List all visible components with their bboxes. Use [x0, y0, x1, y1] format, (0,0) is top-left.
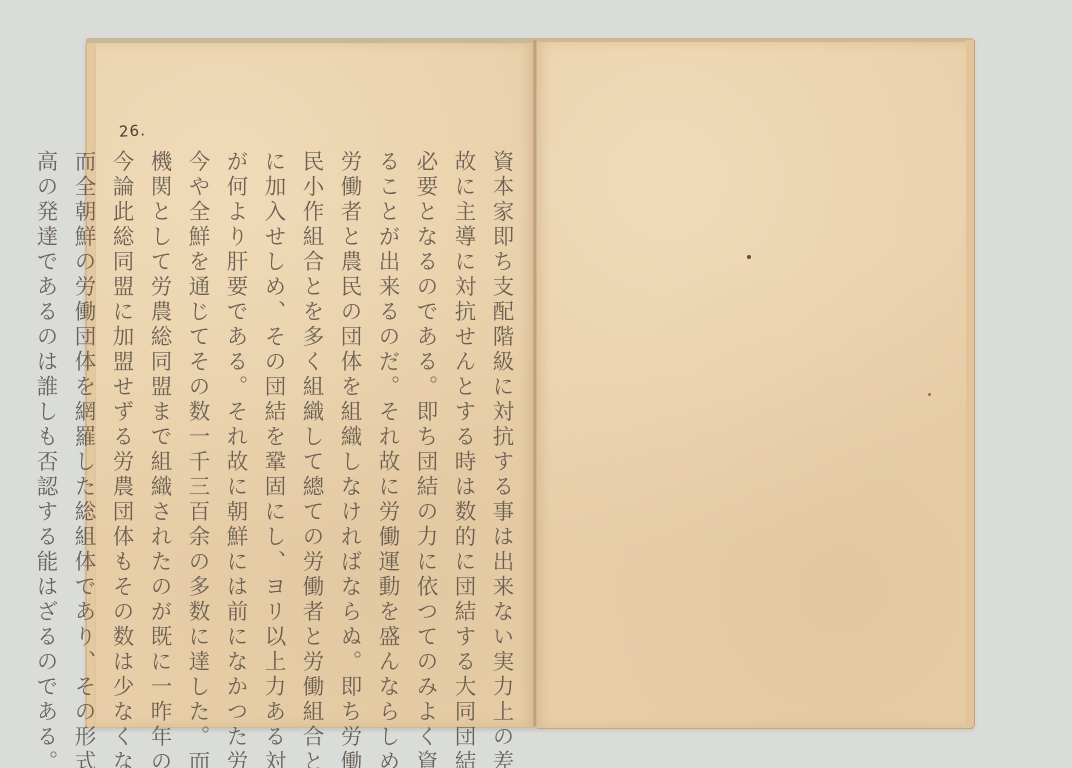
- text-column: 今や全鮮を通じてその数一千三百余の多数に達した。而してその組織会: [178, 150, 216, 690]
- manuscript-text: 資本家即ち支配階級に対抗する事は出来ない実力上の差異ある 故に主導に対抗せんとす…: [108, 150, 520, 690]
- text-column: 民小作組合とを多く組織して總ての労働者と労働組合と農民組合: [292, 150, 330, 690]
- right-page-edge: [966, 40, 975, 726]
- text-column: ることが出来るのだ。それ故に労働運動を盛んならしめんとすれば先づ: [368, 150, 406, 690]
- text-column: 機関として労農総同盟まで組織されたのが既に一昨年のことである。: [140, 150, 178, 690]
- text-column: に加入せしめ、その団結を鞏固にし、ヨリ以上力ある対抗力を養ふの: [254, 150, 292, 690]
- book-gutter: [533, 40, 537, 726]
- text-column: 故に主導に対抗せんとする時は数的に団結する大同団結が何よりも: [444, 150, 482, 690]
- text-column: が何より肝要である。それ故に朝鮮には前になかつた労農団体が出現し: [216, 150, 254, 690]
- text-column: 而全朝鮮の労働団体を網羅した総組体であり、その形式に於ける最: [64, 150, 102, 690]
- page-number: 26.: [119, 121, 147, 140]
- show-through-text: [640, 170, 890, 490]
- text-column: 資本家即ち支配階級に対抗する事は出来ない実力上の差異ある: [482, 150, 520, 690]
- paper-spot: [747, 255, 751, 259]
- text-column: 必要となるのである。即ち団結の力に依つてのみよく資本家と対抗す: [406, 150, 444, 690]
- text-column: 今論此総同盟に加盟せずる労農団体もその数は少なくなかつた。然: [102, 150, 140, 690]
- text-column: 高の発達であるのは誰しも否認する能はざるのである。而してその組織: [26, 150, 64, 690]
- text-column: 労働者と農民の団体を組織しなければならぬ。即ち労働組合と農: [330, 150, 368, 690]
- paper-spot: [928, 393, 931, 396]
